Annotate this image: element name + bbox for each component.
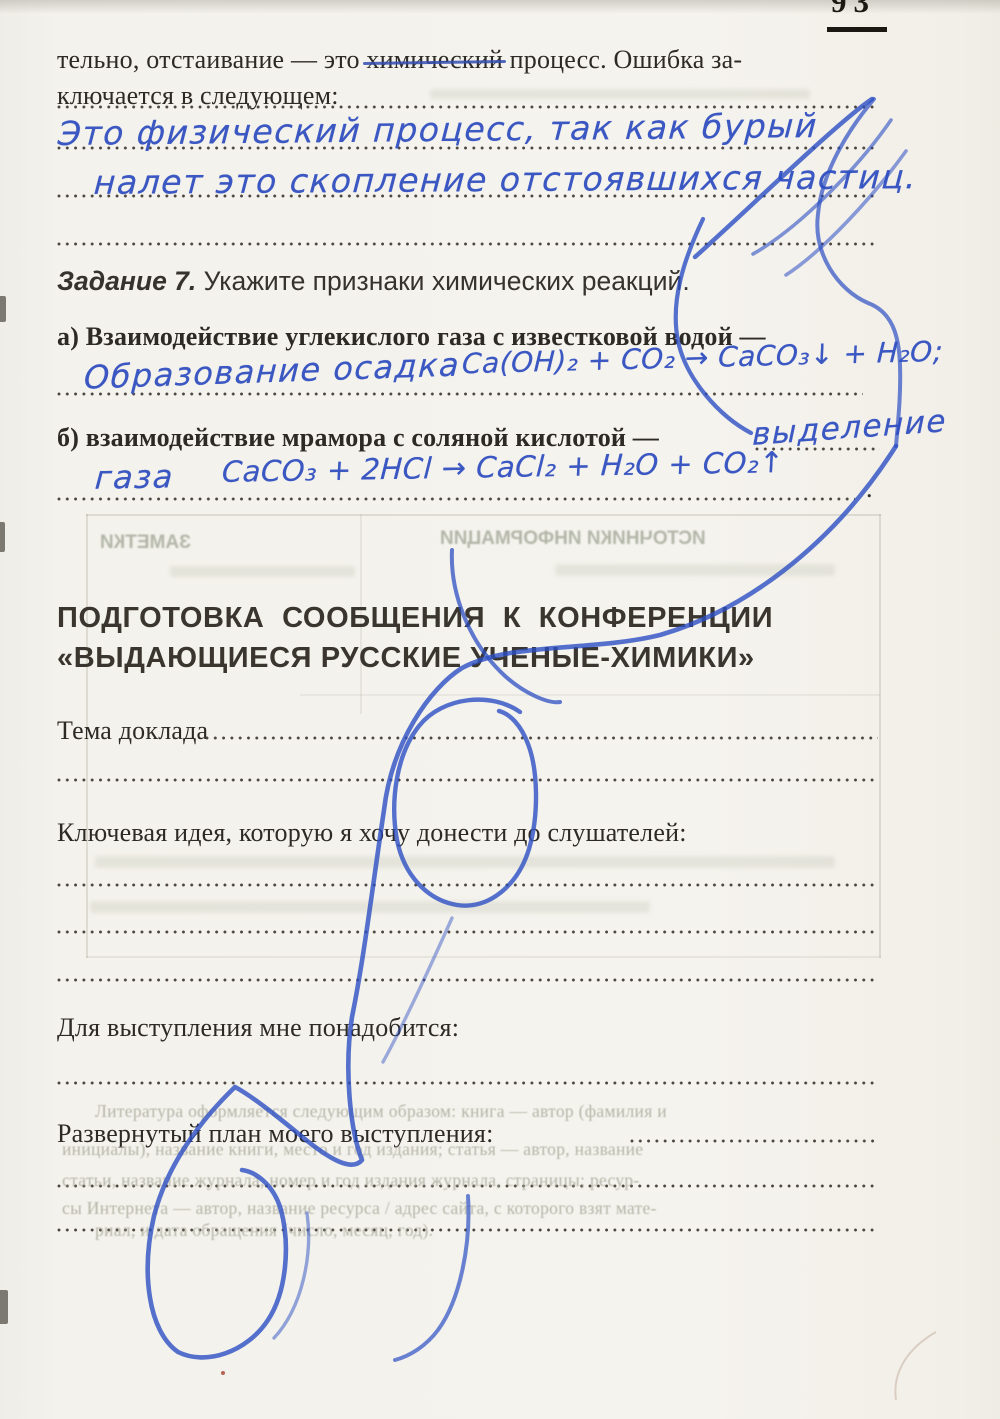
key-idea-label: Ключевая идея, которую я хочу донести до… (57, 818, 687, 848)
red-speck (221, 1371, 225, 1375)
item-b-trailing-period: . (866, 474, 873, 504)
topic-label: Тема доклада (57, 716, 208, 746)
dotted-line-topic (205, 736, 878, 740)
struck-word-khimicheskiy: химический (366, 45, 503, 75)
showthrough-table-row-line (300, 694, 880, 696)
intro-line1: тельно, отстаивание — это химический про… (57, 45, 742, 75)
showthrough-sources-header: ИСТОЧНИКИ ИНФОРМАЦИИ (440, 528, 706, 550)
task7-heading: Задание 7. Укажите признаки химических р… (57, 266, 690, 297)
showthrough-footnote-3: статьи, название журнала, номер и год из… (62, 1170, 640, 1191)
handwritten-a-text: Образование осадка (83, 345, 461, 396)
scan-edge-mark-3 (0, 1290, 8, 1324)
showthrough-blur-3 (95, 856, 835, 868)
task7-label: Задание 7. (57, 266, 196, 296)
dotted-line-4 (57, 242, 878, 246)
task7-title: Укажите признаки химических реакций. (196, 266, 689, 296)
showthrough-blur-2 (555, 564, 835, 576)
conference-heading-line1: ПОДГОТОВКА СООБЩЕНИЯ К КОНФЕРЕНЦИИ (57, 602, 773, 635)
showthrough-table-right (879, 514, 881, 958)
need-label: Для выступления мне понадобится: (57, 1013, 459, 1043)
page-number: 93 (831, 0, 876, 20)
scan-edge-mark-2 (0, 522, 5, 552)
dotted-line-topic-2 (57, 778, 878, 782)
dotted-line-idea-1 (57, 883, 878, 887)
showthrough-footnote-2: инициалы), название книги, место и год и… (62, 1139, 643, 1160)
workbook-page: 93 тельно, отстаивание — это химический … (0, 0, 1000, 1419)
showthrough-footnote-1: Литература оформляется следующим образом… (95, 1101, 667, 1122)
dotted-line-idea-3 (57, 978, 878, 982)
showthrough-table-bottom (86, 956, 881, 958)
intro-line1-before: тельно, отстаивание — это (57, 45, 366, 74)
showthrough-footnote-5: риал, и дата обращения (число, месяц, го… (95, 1220, 433, 1241)
dotted-line-idea-2 (57, 930, 878, 934)
handwritten-b-word2: газа (94, 457, 176, 496)
showthrough-footnote-4: сы Интернета — автор, название ресурса /… (62, 1198, 657, 1219)
showthrough-blur-top (430, 89, 810, 99)
showthrough-blur-1 (170, 566, 355, 577)
intro-line1-after: процесс. Ошибка за- (503, 45, 742, 74)
conference-heading-line2: «ВЫДАЮЩИЕСЯ РУССКИЕ УЧЕНЫЕ-ХИМИКИ» (57, 642, 755, 675)
showthrough-table-top (86, 514, 881, 516)
scrawl-oval (394, 700, 536, 906)
page-number-underline (827, 27, 887, 32)
dotted-line-plan-leader (630, 1139, 878, 1143)
showthrough-blur-4 (90, 901, 650, 913)
showthrough-notes-header: ЗАМЕТКИ (100, 532, 191, 554)
handwritten-answer-line2: налет это скопление отстоявшихся частиц. (93, 157, 919, 202)
dotted-line-need (57, 1081, 878, 1085)
dotted-line-b2 (57, 497, 855, 501)
pencil-arc (895, 1332, 936, 1400)
handwritten-answer-line1: Это физический процесс, так как бурый (57, 106, 819, 153)
scan-edge-mark-1 (0, 296, 6, 322)
